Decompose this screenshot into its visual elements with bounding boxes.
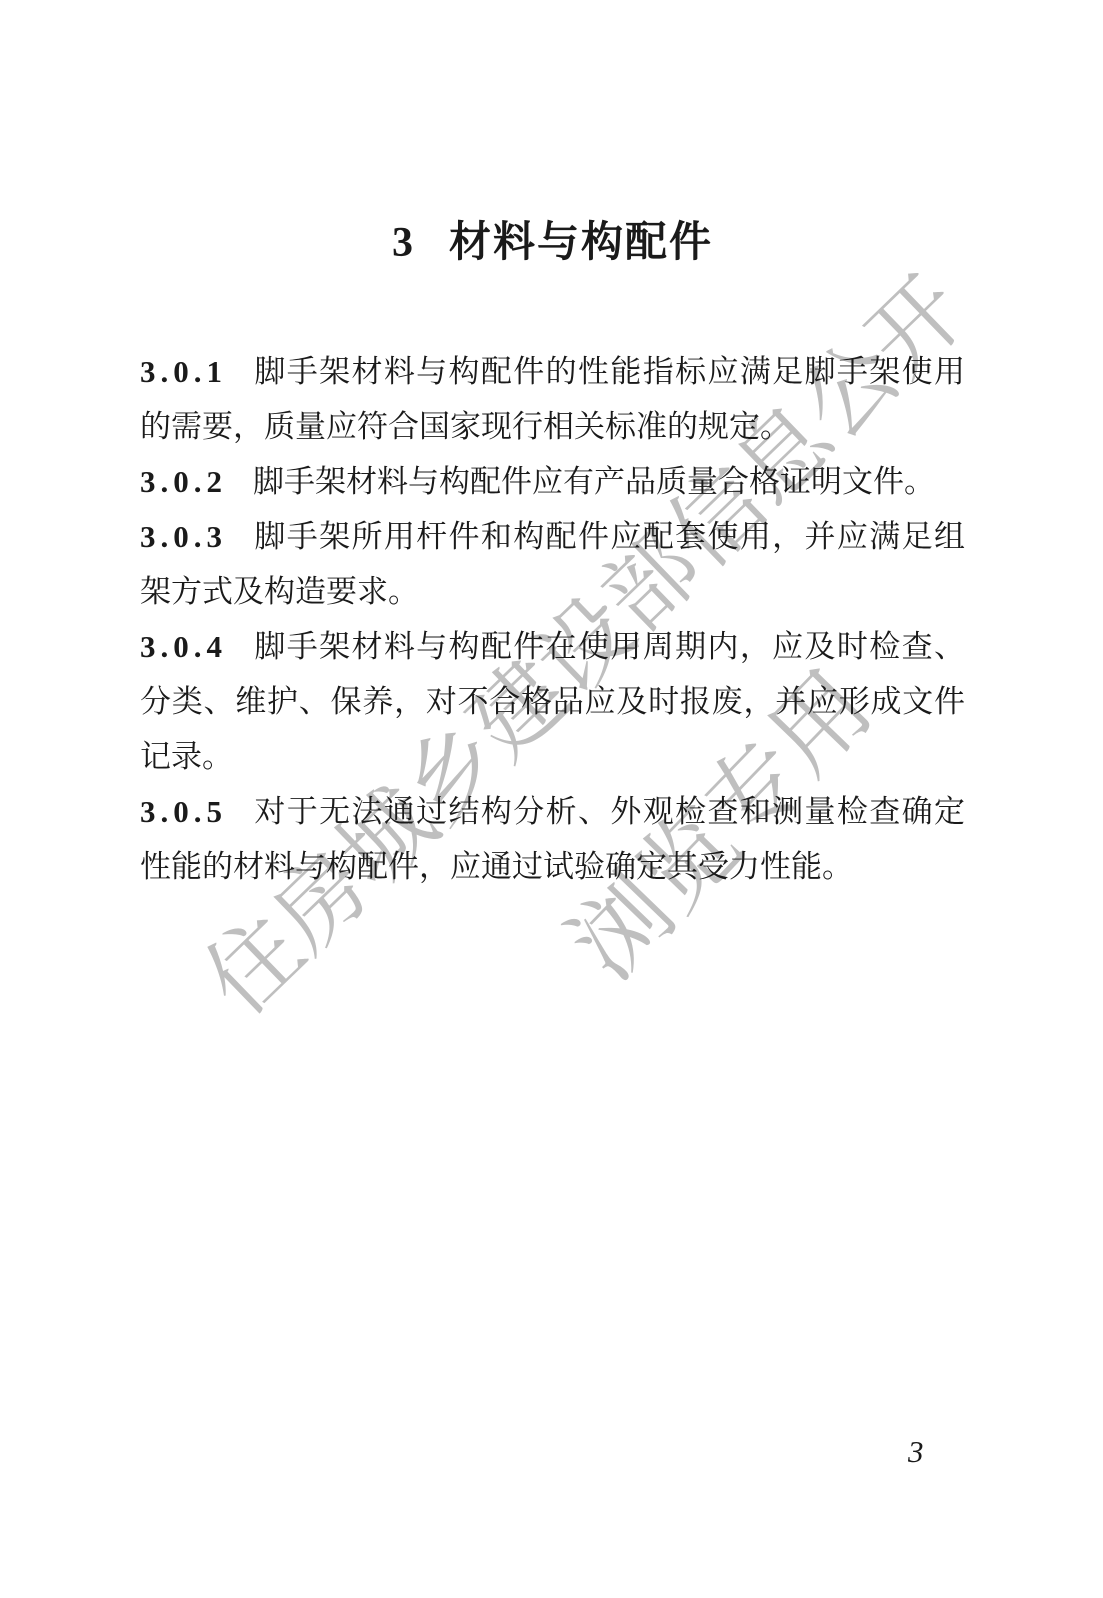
- clause-text: 脚手架材料与构配件的性能指标应满足脚手架使用的需要，质量应符合国家现行相关标准的…: [140, 354, 965, 444]
- clause-3-0-1: 3.0.1脚手架材料与构配件的性能指标应满足脚手架使用的需要，质量应符合国家现行…: [140, 344, 965, 454]
- clause-text: 脚手架材料与构配件在使用周期内，应及时检查、分类、维护、保养，对不合格品应及时报…: [140, 629, 965, 774]
- clause-text: 脚手架所用杆件和构配件应配套使用，并应满足组架方式及构造要求。: [140, 519, 965, 609]
- chapter-title: 3材料与构配件: [140, 218, 965, 268]
- clause-3-0-5: 3.0.5对于无法通过结构分析、外观检查和测量检查确定性能的材料与构配件，应通过…: [140, 784, 965, 894]
- chapter-number: 3: [392, 218, 415, 268]
- clause-number: 3.0.3: [140, 519, 227, 554]
- clause-number: 3.0.2: [140, 464, 227, 499]
- chapter-name: 材料与构配件: [449, 220, 713, 266]
- clause-text: 对于无法通过结构分析、外观检查和测量检查确定性能的材料与构配件，应通过试验确定其…: [140, 794, 965, 884]
- page-number: 3: [908, 1434, 924, 1470]
- document-page: 住房城乡建设部信息公开 浏览专用 3材料与构配件 3.0.1脚手架材料与构配件的…: [0, 0, 1103, 1598]
- clause-3-0-4: 3.0.4脚手架材料与构配件在使用周期内，应及时检查、分类、维护、保养，对不合格…: [140, 619, 965, 784]
- clause-number: 3.0.5: [140, 794, 227, 829]
- page-content: 3材料与构配件 3.0.1脚手架材料与构配件的性能指标应满足脚手架使用的需要，质…: [140, 218, 965, 894]
- clause-text: 脚手架材料与构配件应有产品质量合格证明文件。: [253, 464, 935, 499]
- clause-number: 3.0.4: [140, 629, 227, 664]
- clause-3-0-3: 3.0.3脚手架所用杆件和构配件应配套使用，并应满足组架方式及构造要求。: [140, 509, 965, 619]
- clause-number: 3.0.1: [140, 354, 227, 389]
- clause-3-0-2: 3.0.2脚手架材料与构配件应有产品质量合格证明文件。: [140, 454, 965, 509]
